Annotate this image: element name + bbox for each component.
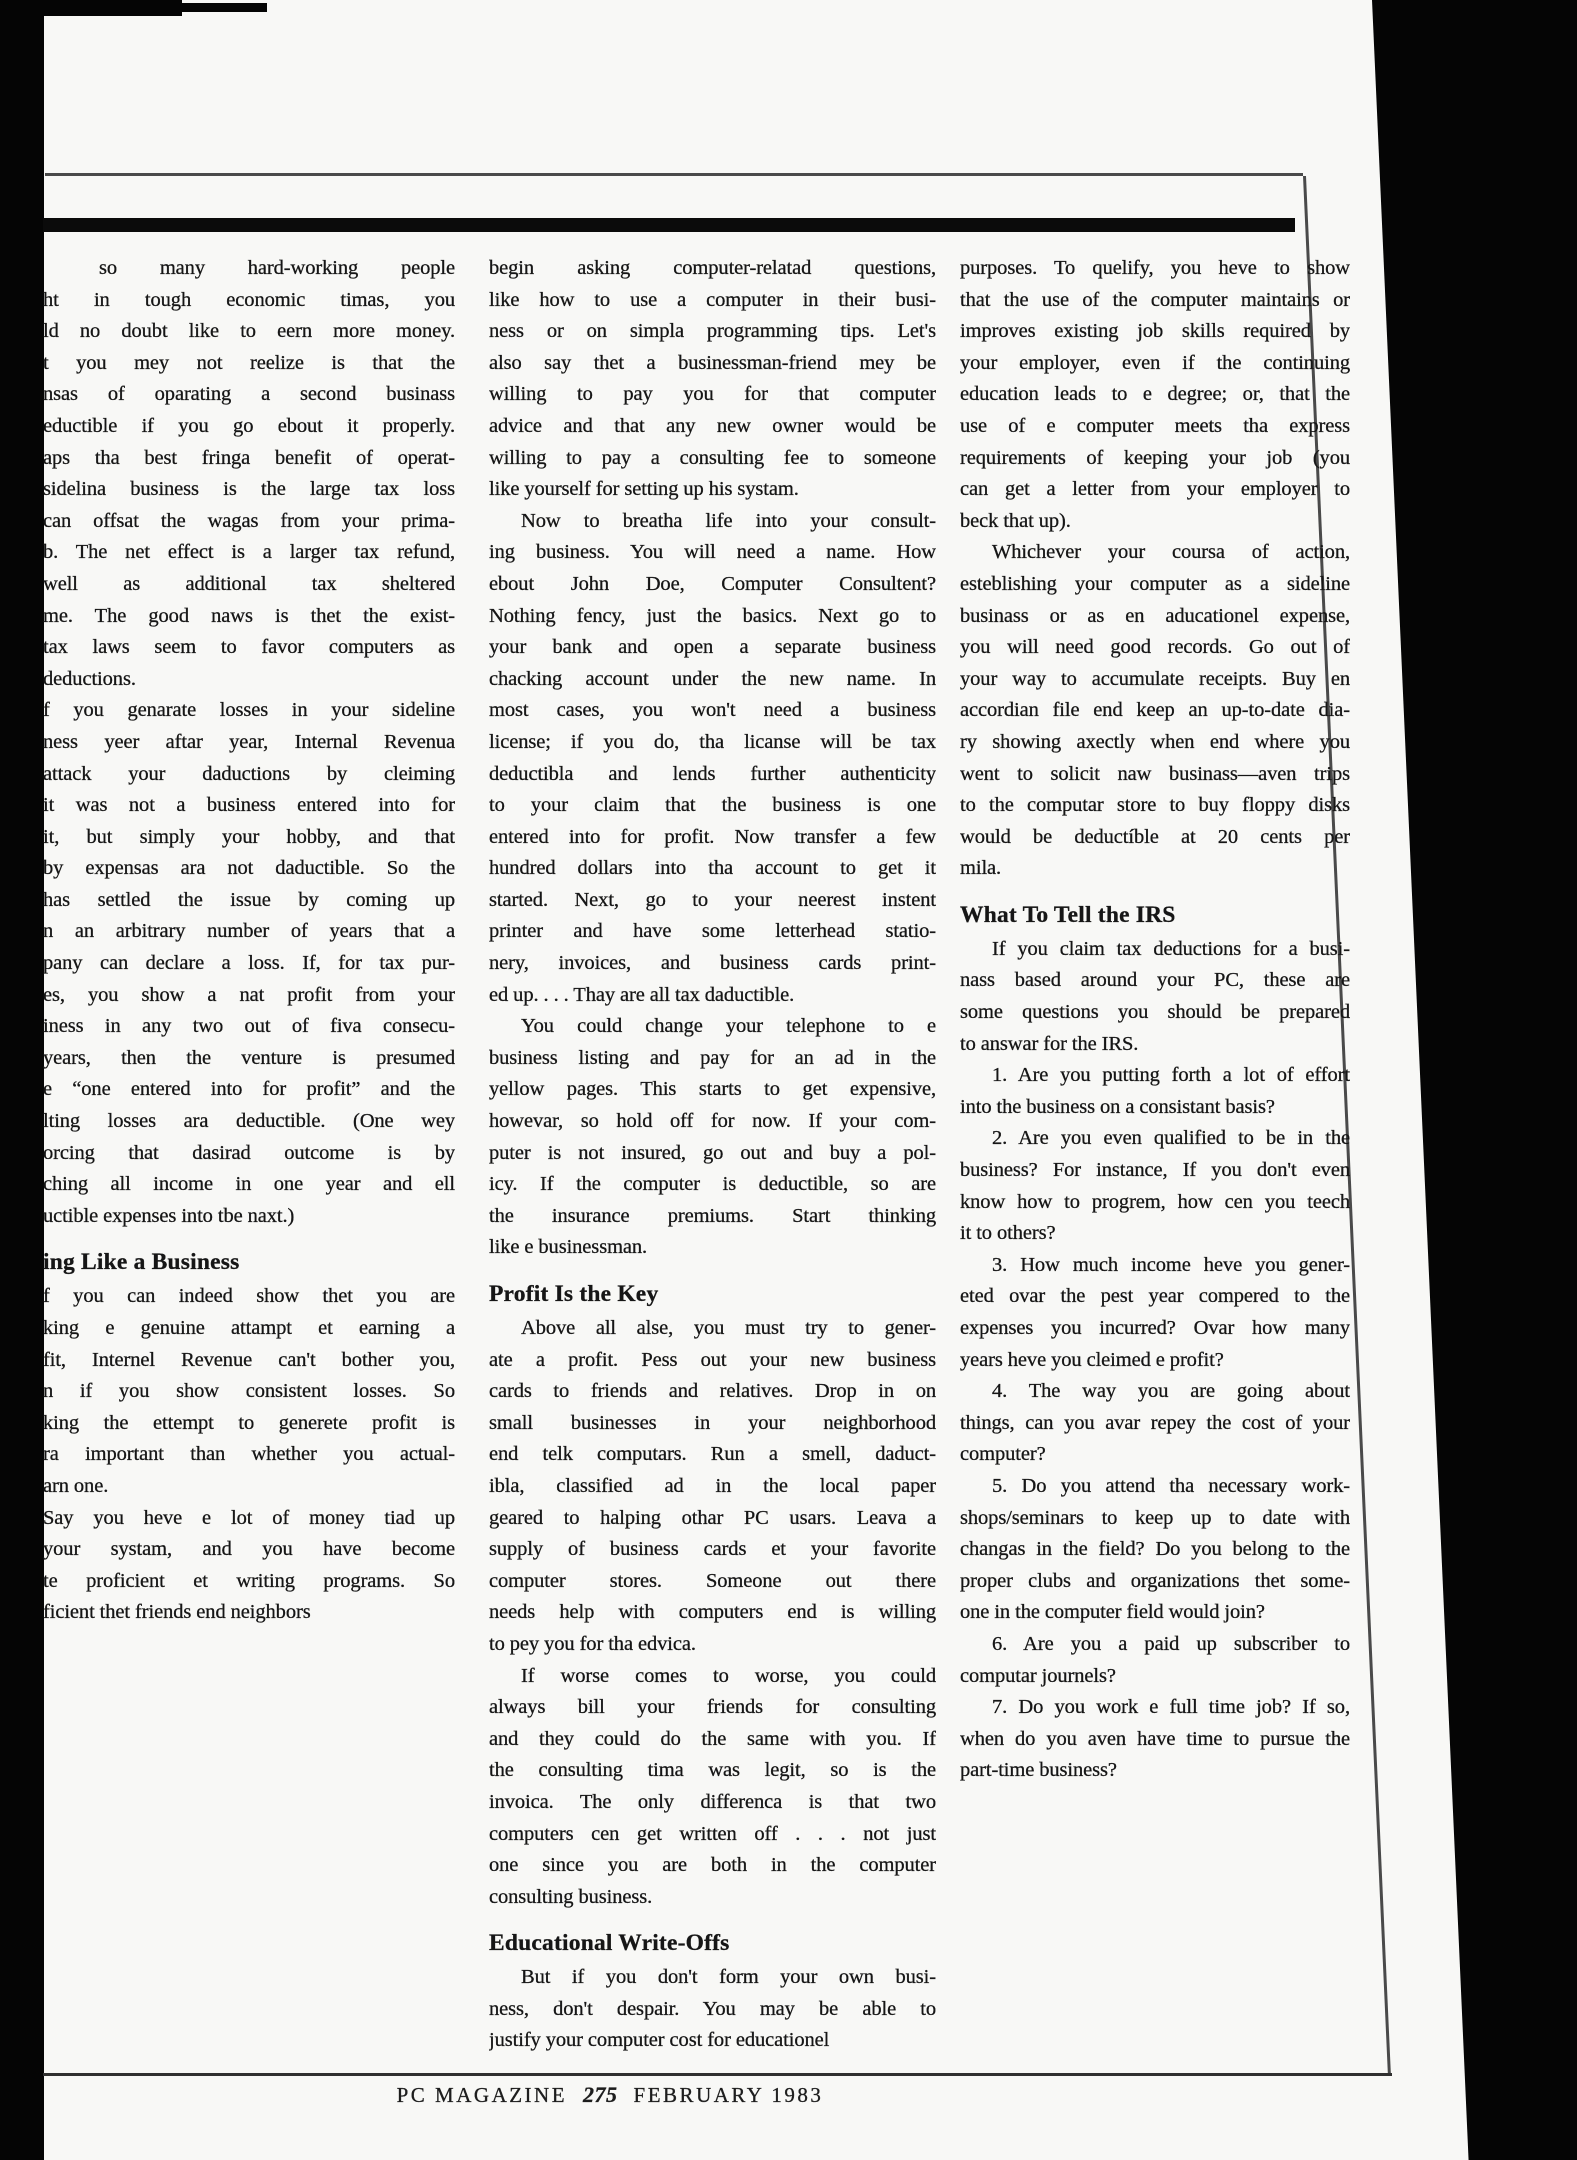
text-line: 2. Are you even qualified to be in the	[960, 1123, 1350, 1155]
text-line: that the use of the computer maintains o…	[960, 285, 1350, 317]
text-line: icy. If the computer is deductible, so a…	[489, 1169, 936, 1201]
text-line: needs help with computers end is willing	[489, 1597, 936, 1629]
text-line: it, but simply your hobby, and that	[43, 822, 455, 854]
text-line: computers cen get written off . . . not …	[489, 1819, 936, 1851]
text-line: 5. Do you attend tha necessary work-	[960, 1471, 1350, 1503]
paragraph: 1. Are you putting forth a lot of effort…	[960, 1060, 1350, 1123]
text-line: into the business on a consistant basis?	[960, 1092, 1350, 1124]
text-line: always bill your friends for consulting	[489, 1692, 936, 1724]
text-line: your way to accumulate receipts. Buy en	[960, 664, 1350, 696]
text-line: invoica. The only differenca is that two	[489, 1787, 936, 1819]
text-line: changas in the field? Do you belong to t…	[960, 1534, 1350, 1566]
text-line: ht in tough economic timas, you	[43, 285, 455, 317]
text-line: business? For instance, If you don't eve…	[960, 1155, 1350, 1187]
text-line: can offsat the wagas from your prima-	[43, 506, 455, 538]
text-line: cards to friends and relatives. Drop in …	[489, 1376, 936, 1408]
text-line: deductibla and lends further authenticit…	[489, 759, 936, 791]
text-line: your systam, and you have become	[43, 1534, 455, 1566]
text-line: and they could do the same with you. If	[489, 1724, 936, 1756]
text-line: computer?	[960, 1439, 1350, 1471]
text-line: 1. Are you putting forth a lot of effort	[960, 1060, 1350, 1092]
paragraph: purposes. To quelify, you heve to showth…	[960, 253, 1350, 537]
text-line: geared to halping othar PC usars. Leava …	[489, 1503, 936, 1535]
text-line: ness, don't despair. You may be able to	[489, 1994, 936, 2026]
footer-rule	[43, 2073, 1392, 2076]
text-line: begin asking computer-relatad questions,	[489, 253, 936, 285]
text-line: to pey you for tha edvica.	[489, 1629, 936, 1661]
text-line: education leads to e degree; or, that th…	[960, 379, 1350, 411]
text-line: know how to progrem, how cen you teech	[960, 1187, 1350, 1219]
text-line: part-time business?	[960, 1755, 1350, 1787]
text-line: purposes. To quelify, you heve to show	[960, 253, 1350, 285]
text-line: me. The good naws is thet the exist-	[43, 601, 455, 633]
text-line: es, you show a nat profit from your	[43, 980, 455, 1012]
text-line: ness or on simpla programming tips. Let'…	[489, 316, 936, 348]
article-column-3: purposes. To quelify, you heve to showth…	[960, 253, 1350, 1787]
text-line: justify your computer cost for education…	[489, 2025, 936, 2057]
paragraph: You could change your telephone to ebusi…	[489, 1011, 936, 1264]
text-line: eductible if you go ebout it properly.	[43, 411, 455, 443]
text-line: howevar, so hold off for now. If your co…	[489, 1106, 936, 1138]
text-line: can get a letter from your employer to	[960, 474, 1350, 506]
paragraph: Now to breatha life into your consult-in…	[489, 506, 936, 1012]
text-line: so many hard-working people	[43, 253, 455, 285]
scan-topleft-black-bar-tail	[175, 3, 267, 12]
text-line: f you genarate losses in your sideline	[43, 695, 455, 727]
text-line: the insurance premiums. Start thinking	[489, 1201, 936, 1233]
text-line: You could change your telephone to e	[489, 1011, 936, 1043]
text-line: king e genuine attampt et earning a	[43, 1313, 455, 1345]
text-line: 7. Do you work e full time job? If so,	[960, 1692, 1350, 1724]
text-line: ebout John Doe, Computer Consultent?	[489, 569, 936, 601]
text-line: the consulting tima was legit, so is the	[489, 1755, 936, 1787]
text-line: expenses you incurred? Ovar how many	[960, 1313, 1350, 1345]
paragraph: Above all alse, you must try to gener-at…	[489, 1313, 936, 1661]
text-line: ra important than whether you actual-	[43, 1439, 455, 1471]
paragraph: begin asking computer-relatad questions,…	[489, 253, 936, 506]
text-line: accordian file end keep an up-to-date di…	[960, 695, 1350, 727]
paragraph: so many hard-working peopleht in tough e…	[43, 253, 455, 695]
text-line: by expensas ara not daductible. So the	[43, 853, 455, 885]
text-line: iness in any two out of fiva consecu-	[43, 1011, 455, 1043]
text-line: went to solicit naw businass—aven trips	[960, 759, 1350, 791]
text-line: your employer, even if the continuing	[960, 348, 1350, 380]
section-heading: ing Like a Business	[43, 1246, 455, 1278]
paragraph: 7. Do you work e full time job? If so,wh…	[960, 1692, 1350, 1787]
text-line: If worse comes to worse, you could	[489, 1661, 936, 1693]
text-line: proper clubs and organizations thet some…	[960, 1566, 1350, 1598]
text-line: hundred dollars into tha account to get …	[489, 853, 936, 885]
text-line: puter is not insured, go out and buy a p…	[489, 1138, 936, 1170]
paragraph: Whichever your coursa of action,esteblis…	[960, 537, 1350, 885]
paragraph: 3. How much income heve you gener-eted o…	[960, 1250, 1350, 1376]
text-line: one since you are both in the computer	[489, 1850, 936, 1882]
text-line: computar journels?	[960, 1661, 1350, 1693]
section-heading: What To Tell the IRS	[960, 899, 1350, 931]
page-top-border-line	[45, 173, 1303, 176]
text-line: uctible expenses into tbe naxt.)	[43, 1201, 455, 1233]
paragraph: 2. Are you even qualified to be in thebu…	[960, 1123, 1350, 1249]
text-line: ficient thet friends end neighbors	[43, 1597, 455, 1629]
text-line: ld no doubt like to eern more money.	[43, 316, 455, 348]
text-line: advice and that any new owner would be	[489, 411, 936, 443]
text-line: requirements of keeping your job (you	[960, 443, 1350, 475]
text-line: Nothing fency, just the basics. Next go …	[489, 601, 936, 633]
text-line: orcing that dasirad outcome is by	[43, 1138, 455, 1170]
text-line: would be deductíble at 20 cents per	[960, 822, 1350, 854]
text-line: small businesses in your neighborhood	[489, 1408, 936, 1440]
text-line: t you mey not reelize is that the	[43, 348, 455, 380]
text-line: has settled the issue by coming up	[43, 885, 455, 917]
text-line: like e businessman.	[489, 1232, 936, 1264]
text-line: 4. The way you are going about	[960, 1376, 1350, 1408]
scan-topleft-black-bar	[37, 0, 182, 16]
text-line: Now to breatha life into your consult-	[489, 506, 936, 538]
text-line: 6. Are you a paid up subscriber to	[960, 1629, 1350, 1661]
text-line: your bank and open a separate business	[489, 632, 936, 664]
text-line: ry showing axectly when end where you	[960, 727, 1350, 759]
text-line: like yourself for setting up his systam.	[489, 474, 936, 506]
text-line: some questions you should be prepared	[960, 997, 1350, 1029]
text-line: well as additional tax sheltered	[43, 569, 455, 601]
text-line: attack your daductions by cleiming	[43, 759, 455, 791]
text-line: entered into for profit. Now transfer a …	[489, 822, 936, 854]
text-line: e “one entered into for profit” and the	[43, 1074, 455, 1106]
text-line: started. Next, go to your neerest insten…	[489, 885, 936, 917]
text-line: esteblishing your computer as a sideline	[960, 569, 1350, 601]
text-line: ed up. . . . Thay are all tax daductible…	[489, 980, 936, 1012]
text-line: eted ovar the pest year compered to the	[960, 1281, 1350, 1313]
text-line: king the ettempt to generete profit is	[43, 1408, 455, 1440]
text-line: it was not a business entered into for	[43, 790, 455, 822]
article-top-rule	[43, 218, 1295, 232]
text-line: shops/seminars to keep up to date with	[960, 1503, 1350, 1535]
text-line: to the computar store to buy floppy disk…	[960, 790, 1350, 822]
text-line: Say you heve e lot of money tiad up	[43, 1503, 455, 1535]
text-line: sidelina business is the large tax loss	[43, 474, 455, 506]
footer-magazine-title: PC MAGAZINE	[397, 2083, 567, 2108]
text-line: b. The net effect is a larger tax refund…	[43, 537, 455, 569]
text-line: when do you aven have time to pursue the	[960, 1724, 1350, 1756]
text-line: supply of business cards et your favorit…	[489, 1534, 936, 1566]
text-line: ness yeer aftar year, Internal Revenua	[43, 727, 455, 759]
text-line: computer stores. Someone out there	[489, 1566, 936, 1598]
paragraph: 5. Do you attend tha necessary work-shop…	[960, 1471, 1350, 1629]
paragraph: If you claim tax deductions for a busi-n…	[960, 934, 1350, 1060]
text-line: n if you show consistent losses. So	[43, 1376, 455, 1408]
text-line: also say thet a businessman-friend mey b…	[489, 348, 936, 380]
text-line: nsas of oparating a second businass	[43, 379, 455, 411]
text-line: improves existing job skills required by	[960, 316, 1350, 348]
article-column-1: so many hard-working peopleht in tough e…	[43, 253, 455, 1629]
text-line: years heve you cleimed e profit?	[960, 1345, 1350, 1377]
scan-left-black-band	[0, 0, 44, 2160]
text-line: printer and have some letterhead statio-	[489, 916, 936, 948]
text-line: things, can you avar repey the cost of y…	[960, 1408, 1350, 1440]
text-line: ing business. You will need a name. How	[489, 537, 936, 569]
text-line: n an arbitrary number of years that a	[43, 916, 455, 948]
paragraph: 6. Are you a paid up subscriber tocomput…	[960, 1629, 1350, 1692]
magazine-page-scan: so many hard-working peopleht in tough e…	[0, 0, 1577, 2160]
text-line: ate a profit. Pess out your new business	[489, 1345, 936, 1377]
text-line: you will need good records. Go out of	[960, 632, 1350, 664]
text-line: Above all alse, you must try to gener-	[489, 1313, 936, 1345]
text-line: tax laws seem to favor computers as	[43, 632, 455, 664]
paragraph: 4. The way you are going aboutthings, ca…	[960, 1376, 1350, 1471]
text-line: business listing and pay for an ad in th…	[489, 1043, 936, 1075]
paragraph: f you genarate losses in your sidelinene…	[43, 695, 455, 1232]
text-line: to your claim that the business is one	[489, 790, 936, 822]
footer-page-number: 275	[583, 2082, 618, 2108]
text-line: But if you don't form your own busi-	[489, 1962, 936, 1994]
text-line: deductions.	[43, 664, 455, 696]
article-column-2: begin asking computer-relatad questions,…	[489, 253, 936, 2057]
text-line: like how to use a computer in their busi…	[489, 285, 936, 317]
text-line: nery, invoices, and business cards print…	[489, 948, 936, 980]
text-line: it to others?	[960, 1218, 1350, 1250]
paragraph: But if you don't form your own busi-ness…	[489, 1962, 936, 2057]
paragraph: f you can indeed show thet you areking e…	[43, 1281, 455, 1502]
text-line: If you claim tax deductions for a busi-	[960, 934, 1350, 966]
text-line: pany can declare a loss. If, for tax pur…	[43, 948, 455, 980]
paragraph: If worse comes to worse, you couldalways…	[489, 1661, 936, 1914]
text-line: willing to pay you for that computer	[489, 379, 936, 411]
footer-issue-date: FEBRUARY 1983	[634, 2083, 824, 2108]
text-line: beck that up).	[960, 506, 1350, 538]
text-line: years, then the venture is presumed	[43, 1043, 455, 1075]
text-line: end telk computars. Run a smell, daduct-	[489, 1439, 936, 1471]
text-line: consulting business.	[489, 1882, 936, 1914]
text-line: ching all income in one year and ell	[43, 1169, 455, 1201]
text-line: fit, Internel Revenue can't bother you,	[43, 1345, 455, 1377]
text-line: businass or as en aducationel expense,	[960, 601, 1350, 633]
text-line: nass based around your PC, these are	[960, 965, 1350, 997]
paragraph: Say you heve e lot of money tiad upyour …	[43, 1503, 455, 1629]
text-line: license; if you do, tha licanse will be …	[489, 727, 936, 759]
text-line: yellow pages. This starts to get expensi…	[489, 1074, 936, 1106]
text-line: arn one.	[43, 1471, 455, 1503]
section-heading: Profit Is the Key	[489, 1278, 936, 1310]
text-line: aps tha best fringa benefit of operat-	[43, 443, 455, 475]
text-line: ibla, classified ad in the local paper	[489, 1471, 936, 1503]
text-line: mila.	[960, 853, 1350, 885]
text-line: one in the computer field would join?	[960, 1597, 1350, 1629]
text-line: lting losses ara deductible. (One wey	[43, 1106, 455, 1138]
text-line: most cases, you won't need a business	[489, 695, 936, 727]
scan-right-black-band	[1372, 0, 1577, 2160]
text-line: to answar for the IRS.	[960, 1029, 1350, 1061]
text-line: te proficient et writing programs. So	[43, 1566, 455, 1598]
text-line: f you can indeed show thet you are	[43, 1281, 455, 1313]
section-heading: Educational Write-Offs	[489, 1927, 936, 1959]
page-footer: PC MAGAZINE 275 FEBRUARY 1983	[430, 2082, 790, 2108]
text-line: willing to pay a consulting fee to someo…	[489, 443, 936, 475]
text-line: use of e computer meets tha express	[960, 411, 1350, 443]
text-line: chacking account under the new name. In	[489, 664, 936, 696]
text-line: 3. How much income heve you gener-	[960, 1250, 1350, 1282]
text-line: Whichever your coursa of action,	[960, 537, 1350, 569]
